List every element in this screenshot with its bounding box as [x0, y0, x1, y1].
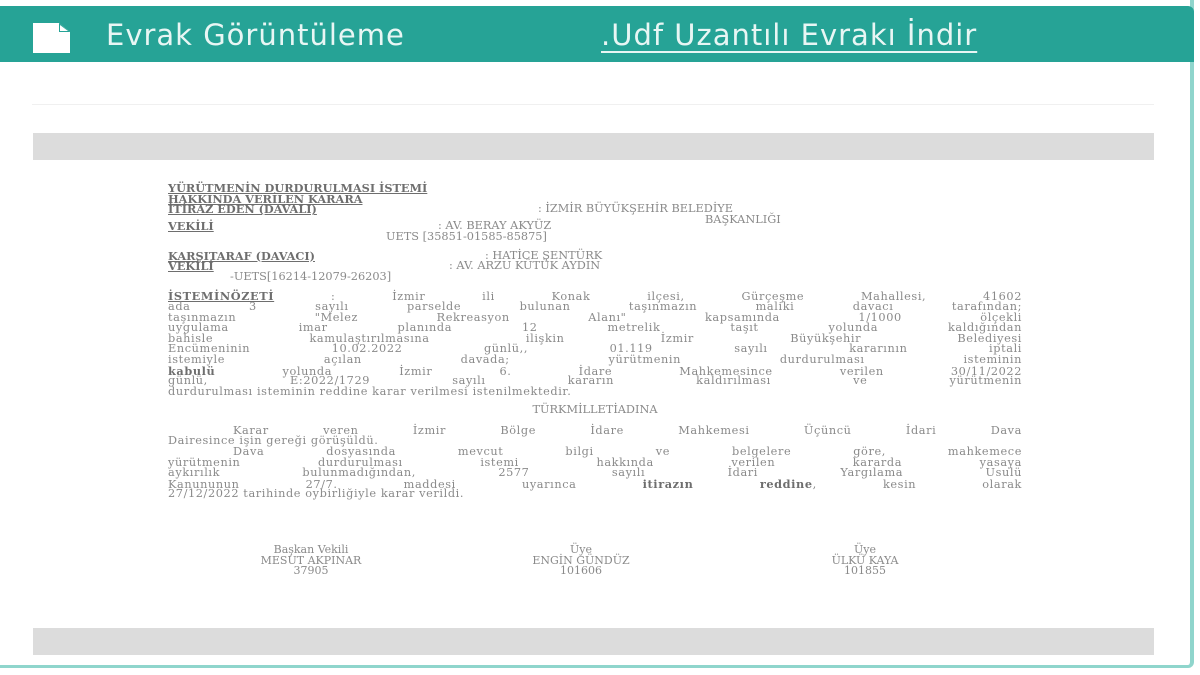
- vekili-label-1: VEKİLİ: [168, 221, 214, 232]
- signature-uye-1: Üye ENGİN GÜNDÜZ 101606: [481, 545, 681, 577]
- viewer-header: Evrak Görüntüleme .Udf Uzantılı Evrakı İ…: [0, 6, 1194, 62]
- vekili-uets-2: -UETS[16214-12079-26203]: [230, 272, 391, 283]
- karar-paragraph: Karar veren İzmir Bölge İdare Mahkemesi …: [168, 426, 1022, 500]
- itiraz-eden-label: İTİRAZ EDEN (DAVALI): [168, 204, 317, 215]
- document-viewer-panel: Evrak Görüntüleme .Udf Uzantılı Evrakı İ…: [0, 0, 1194, 668]
- divider: [32, 104, 1154, 105]
- page-title: Evrak Görüntüleme: [106, 18, 405, 52]
- signature-uye-2: Üye ÜLKÜ KAYA 101855: [765, 545, 965, 577]
- document-toolbar-top: [33, 133, 1154, 160]
- document-icon: [33, 23, 73, 53]
- vekili-label-2: VEKİLİ: [168, 261, 214, 272]
- vekili-uets-1: UETS [35851-01585-85875]: [386, 232, 547, 243]
- turk-milleti-adina: TÜRKMİLLETİADINA: [168, 405, 1022, 416]
- istem-ozeti-paragraph: İSTEMİNÖZETİ : İzmir ili Konak ilçesi, G…: [168, 291, 1022, 397]
- itiraz-eden-value: : İZMİR BÜYÜKŞEHİR BELEDİYE: [538, 204, 733, 215]
- signature-baskan-vekili: Başkan Vekili MESUT AKPINAR 37905: [211, 545, 411, 577]
- download-udf-link[interactable]: .Udf Uzantılı Evrakı İndir: [601, 18, 977, 52]
- vekili-value-2: : AV. ARZU KÜTÜK AYDIN: [449, 261, 600, 272]
- document-toolbar-bottom: [33, 628, 1154, 655]
- document-content: YÜRÜTMENİN DURDURULMASI İSTEMİ HAKKINDA …: [168, 183, 1022, 500]
